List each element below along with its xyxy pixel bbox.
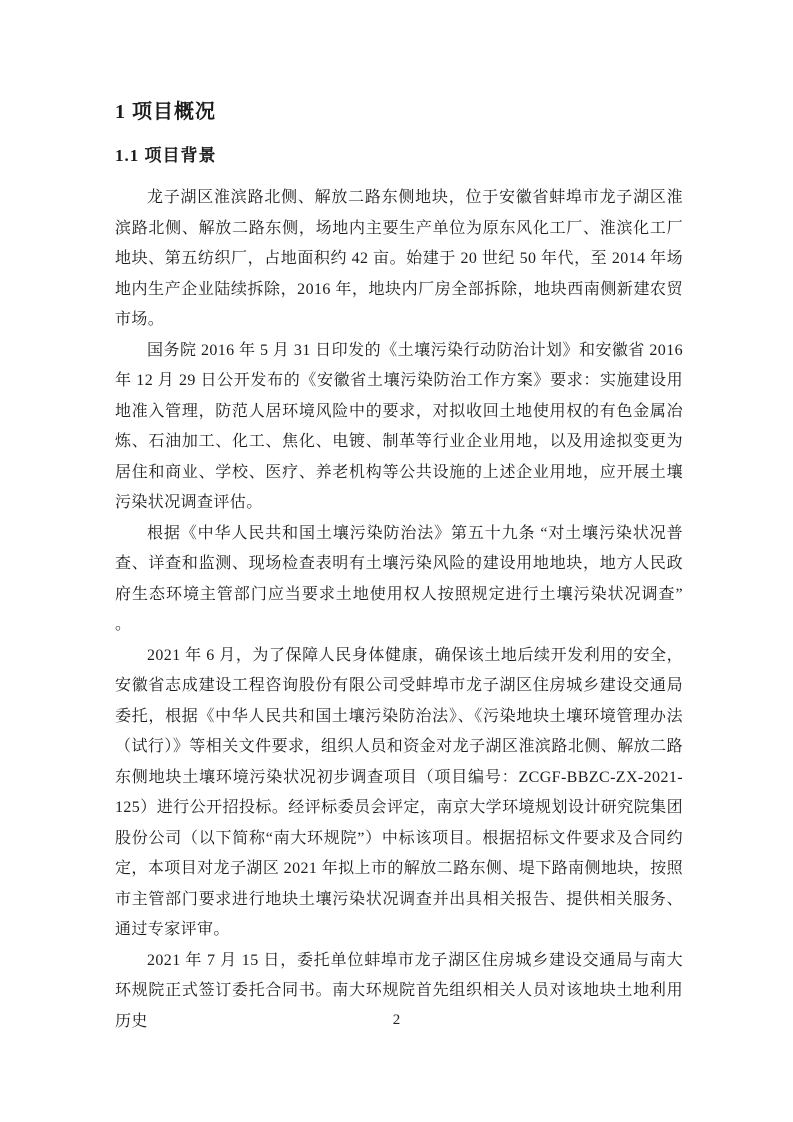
subsection-heading: 1.1 项目背景: [115, 143, 683, 169]
page-number: 2: [0, 1012, 793, 1029]
paragraph-bidding-process: 2021 年 6 月，为了保障人民身体健康，确保该土地后续开发利用的安全，安徽省…: [115, 641, 683, 946]
document-page: 1 项目概况 1.1 项目背景 龙子湖区淮滨路北侧、解放二路东侧地块，位于安徽省…: [0, 0, 793, 1122]
paragraph-project-overview: 龙子湖区淮滨路北侧、解放二路东侧地块，位于安徽省蚌埠市龙子湖区淮滨路北侧、解放二…: [115, 183, 683, 336]
paragraph-policy-requirements: 国务院 2016 年 5 月 31 日印发的《土壤污染行动防治计划》和安徽省 2…: [115, 336, 683, 519]
paragraph-law-basis: 根据《中华人民共和国土壤污染防治法》第五十九条 “对土壤污染状况普查、详查和监测…: [115, 519, 683, 641]
section-heading: 1 项目概况: [115, 98, 683, 126]
